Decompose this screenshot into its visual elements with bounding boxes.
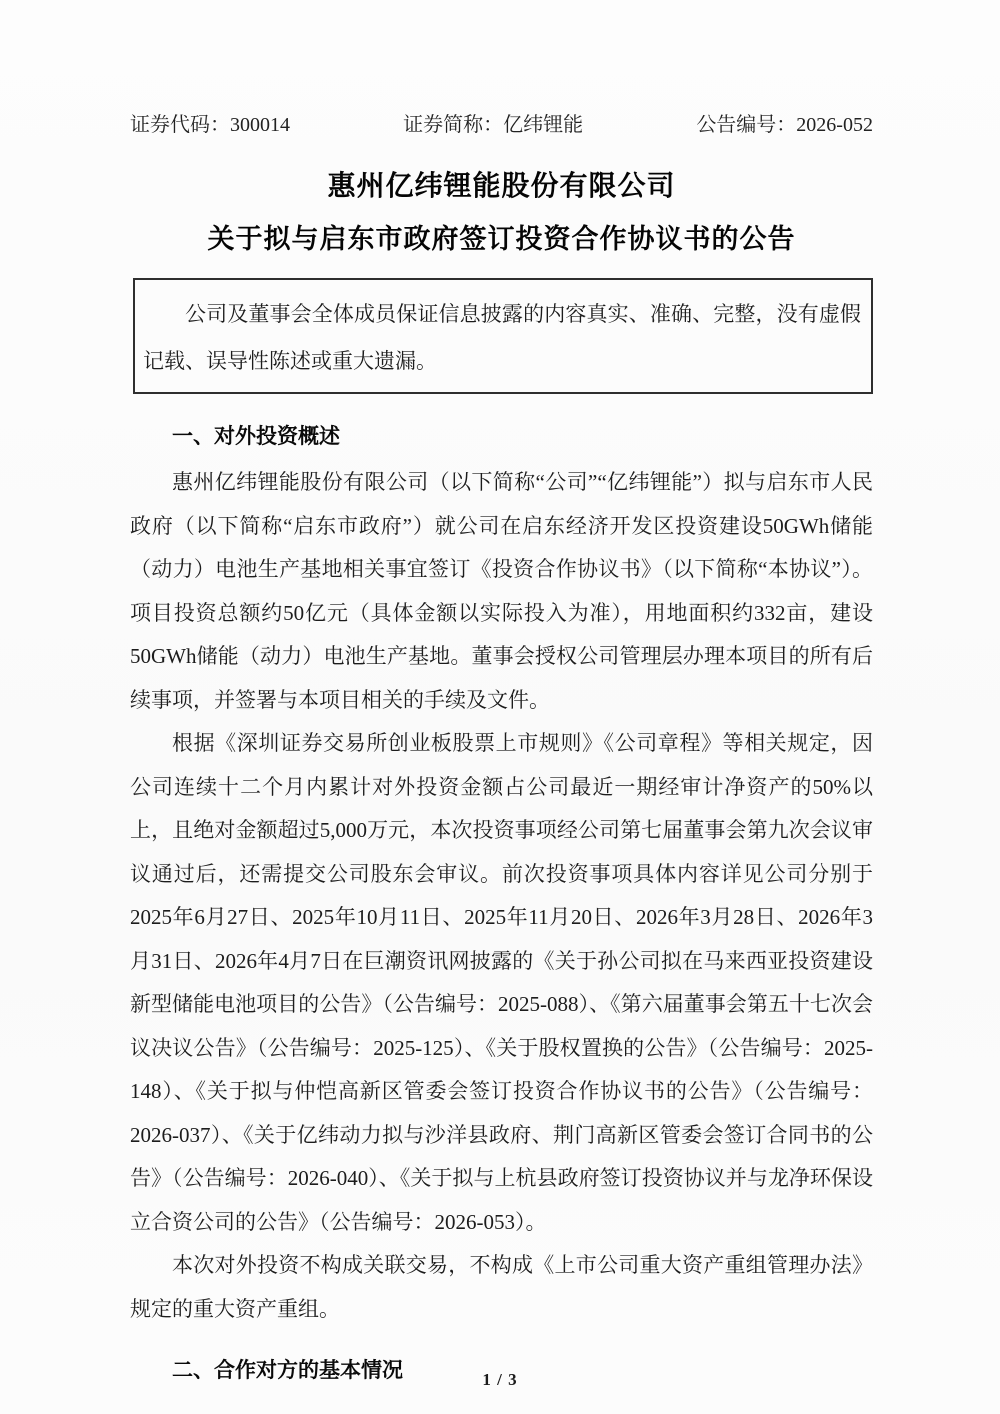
company-title: 惠州亿纬锂能股份有限公司 — [130, 170, 873, 202]
section-1-paragraph-3: 本次对外投资不构成关联交易，不构成《上市公司重大资产重组管理办法》规定的重大资产… — [130, 1244, 873, 1331]
section-1-paragraph-2: 根据《深圳证券交易所创业板股票上市规则》《公司章程》等相关规定，因公司连续十二个… — [130, 722, 873, 1244]
page-number: 1 / 3 — [0, 1370, 1000, 1390]
section-1-paragraph-1: 惠州亿纬锂能股份有限公司（以下简称“公司”“亿纬锂能”）拟与启东市人民政府（以下… — [130, 461, 873, 722]
disclaimer-text: 公司及董事会全体成员保证信息披露的内容真实、准确、完整，没有虚假记载、误导性陈述… — [143, 291, 861, 385]
stock-abbreviation: 证券简称：亿纬锂能 — [403, 112, 583, 138]
section-1-heading: 一、对外投资概述 — [130, 425, 873, 449]
disclaimer-box: 公司及董事会全体成员保证信息披露的内容真实、准确、完整，没有虚假记载、误导性陈述… — [133, 278, 873, 394]
stock-code: 证券代码：300014 — [130, 112, 290, 138]
doc-header: 证券代码：300014 证券简称：亿纬锂能 公告编号：2026-052 — [130, 112, 873, 138]
announcement-title: 关于拟与启东市政府签订投资合作协议书的公告 — [130, 224, 873, 255]
announcement-number: 公告编号：2026-052 — [696, 112, 873, 138]
announcement-page: 证券代码：300014 证券简称：亿纬锂能 公告编号：2026-052 惠州亿纬… — [0, 0, 1000, 1414]
